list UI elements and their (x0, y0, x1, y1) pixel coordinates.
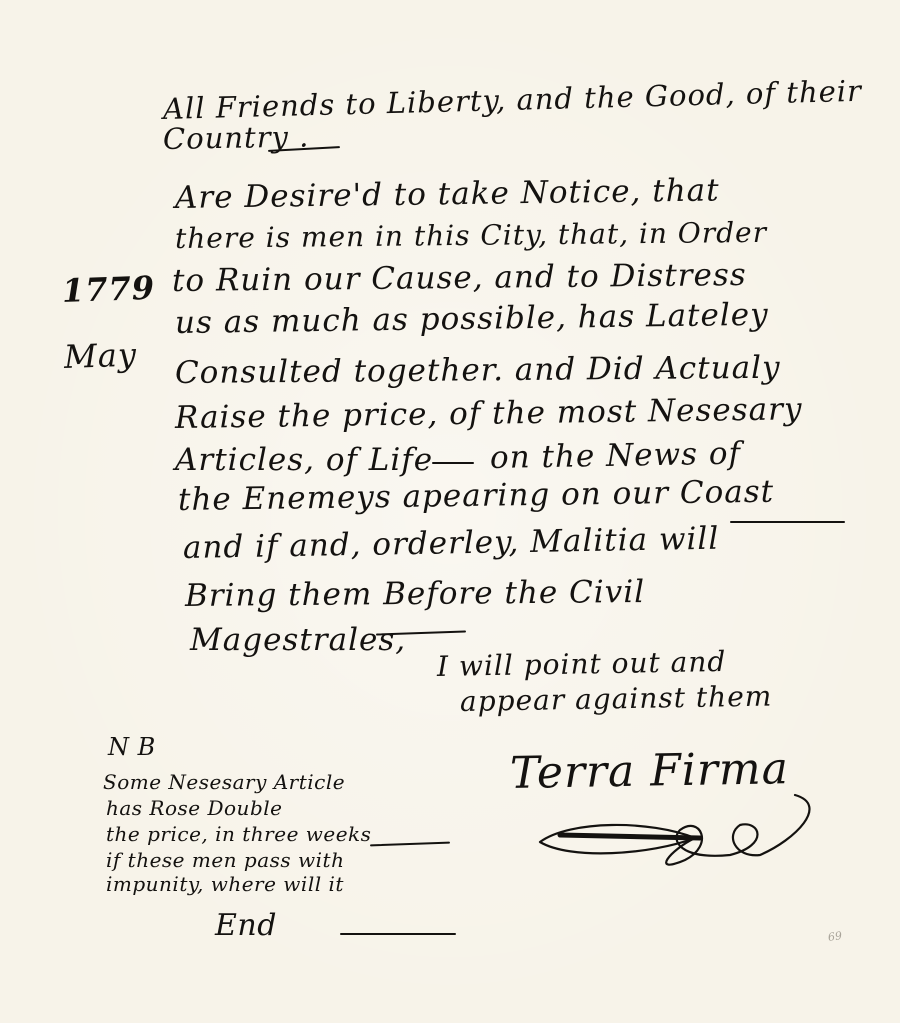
body-line-1: Are Desire'd to take Notice, that (175, 172, 720, 216)
body-line-5: Consulted together. and Did Actualy (175, 350, 781, 391)
life-dash (432, 462, 474, 464)
postscript-line-5: impunity, where will it (106, 872, 344, 896)
coast-rule (730, 521, 845, 523)
margin-year: 1779 (61, 269, 155, 310)
postscript-line-3: the price, in three weeks (106, 822, 371, 846)
end-dash (340, 933, 456, 935)
body-line-10: Bring them Before the Civil (185, 574, 645, 614)
postscript-line-1: Some Nesesary Article (103, 770, 345, 794)
margin-month: May (63, 335, 137, 376)
postscript-label: N B (108, 733, 156, 761)
signature-flourish-icon (530, 780, 850, 870)
body-line-11: Magestrales, (190, 622, 406, 658)
postscript-line-2: has Rose Double (106, 796, 282, 820)
postscript-line-4: if these men pass with (106, 848, 344, 872)
body-line-7b: on the News of (490, 436, 742, 476)
closing-line-2: appear against them (460, 680, 773, 718)
body-line-2: there is men in this City, that, in Orde… (175, 216, 767, 255)
body-line-7a: Articles, of Life (175, 442, 433, 478)
closing-line-1: I will point out and (437, 645, 727, 683)
page-mark: 69 (827, 929, 843, 944)
body-line-3: to Ruin our Cause, and to Distress (172, 257, 747, 299)
postscript-end: End (215, 908, 277, 943)
